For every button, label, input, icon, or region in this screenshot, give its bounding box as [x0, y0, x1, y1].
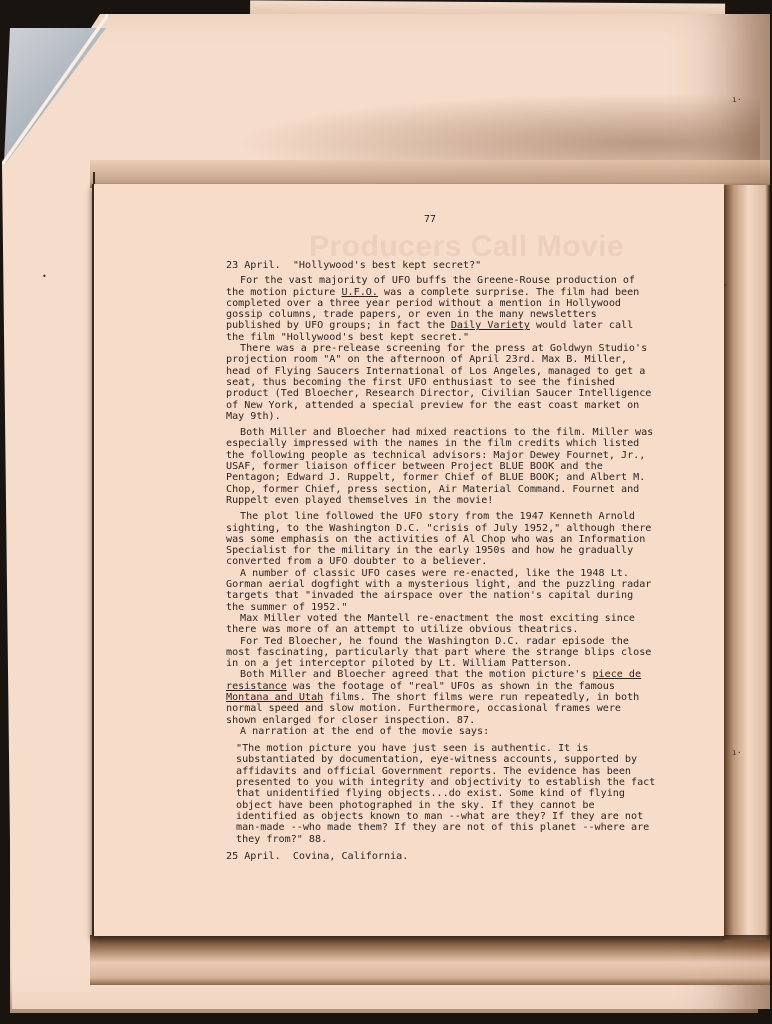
paragraph-text: was the footage of "real" UFOs as shown …	[287, 681, 615, 692]
entry-date: 23 April.	[226, 260, 281, 271]
paragraph-text: A number of classic UFO cases were re-en…	[226, 568, 651, 613]
folded-corner-edge	[2, 14, 108, 164]
paragraph: For the vast majority of UFO buffs the G…	[226, 275, 656, 343]
block-quote: "The motion picture you have just seen i…	[236, 743, 656, 845]
bleed-through-heading: Producers Call Movie	[309, 230, 624, 264]
paragraph-text: Both Miller and Bloecher had mixed react…	[226, 427, 653, 506]
paragraph: For Ted Bloecher, he found the Washingto…	[226, 636, 656, 670]
entry-title: Covina, California.	[293, 851, 408, 862]
paragraph-text: A narration at the end of the movie says…	[240, 726, 489, 737]
document-page: Producers Call Movie 77 23 April. "Holly…	[92, 184, 724, 936]
entry-heading: 25 April. Covina, California.	[226, 851, 656, 862]
entry-heading: 23 April. "Hollywood's best kept secret?…	[226, 260, 656, 271]
paragraph-text: There was a pre-release screening for th…	[226, 343, 651, 422]
document-body: 23 April. "Hollywood's best kept secret?…	[226, 260, 656, 866]
paragraph: A narration at the end of the movie says…	[226, 726, 656, 737]
underlined-text: Daily Variety	[451, 320, 530, 331]
sheet-shadow-right	[722, 185, 770, 940]
sheet-shadow-bottom	[90, 935, 770, 985]
entry-title: "Hollywood's best kept secret?"	[293, 260, 481, 271]
paragraph-text: Both Miller and Bloecher agreed that the…	[240, 669, 592, 680]
page-speck: ı·	[732, 95, 742, 104]
paragraph: A number of classic UFO cases were re-en…	[226, 568, 656, 613]
paragraph: Max Miller voted the Mantell re-enactmen…	[226, 613, 656, 636]
page-speck: ı·	[732, 748, 742, 757]
paragraph-text: The plot line followed the UFO story fro…	[226, 511, 651, 567]
entry-date: 25 April.	[226, 851, 281, 862]
paragraph: Both Miller and Bloecher agreed that the…	[226, 669, 656, 725]
paragraph: The plot line followed the UFO story fro…	[226, 511, 656, 567]
speck	[724, 284, 726, 286]
underlined-text: Montana and Utah	[226, 692, 323, 703]
page-speck: •	[42, 272, 47, 281]
paragraph: There was a pre-release screening for th…	[226, 343, 656, 422]
paragraph-text: For Ted Bloecher, he found the Washingto…	[226, 636, 651, 670]
paragraph-text: Max Miller voted the Mantell re-enactmen…	[226, 613, 635, 635]
page-number: 77	[424, 214, 436, 225]
underlined-text: U.F.O.	[341, 287, 377, 298]
paragraph: Both Miller and Bloecher had mixed react…	[226, 427, 656, 506]
